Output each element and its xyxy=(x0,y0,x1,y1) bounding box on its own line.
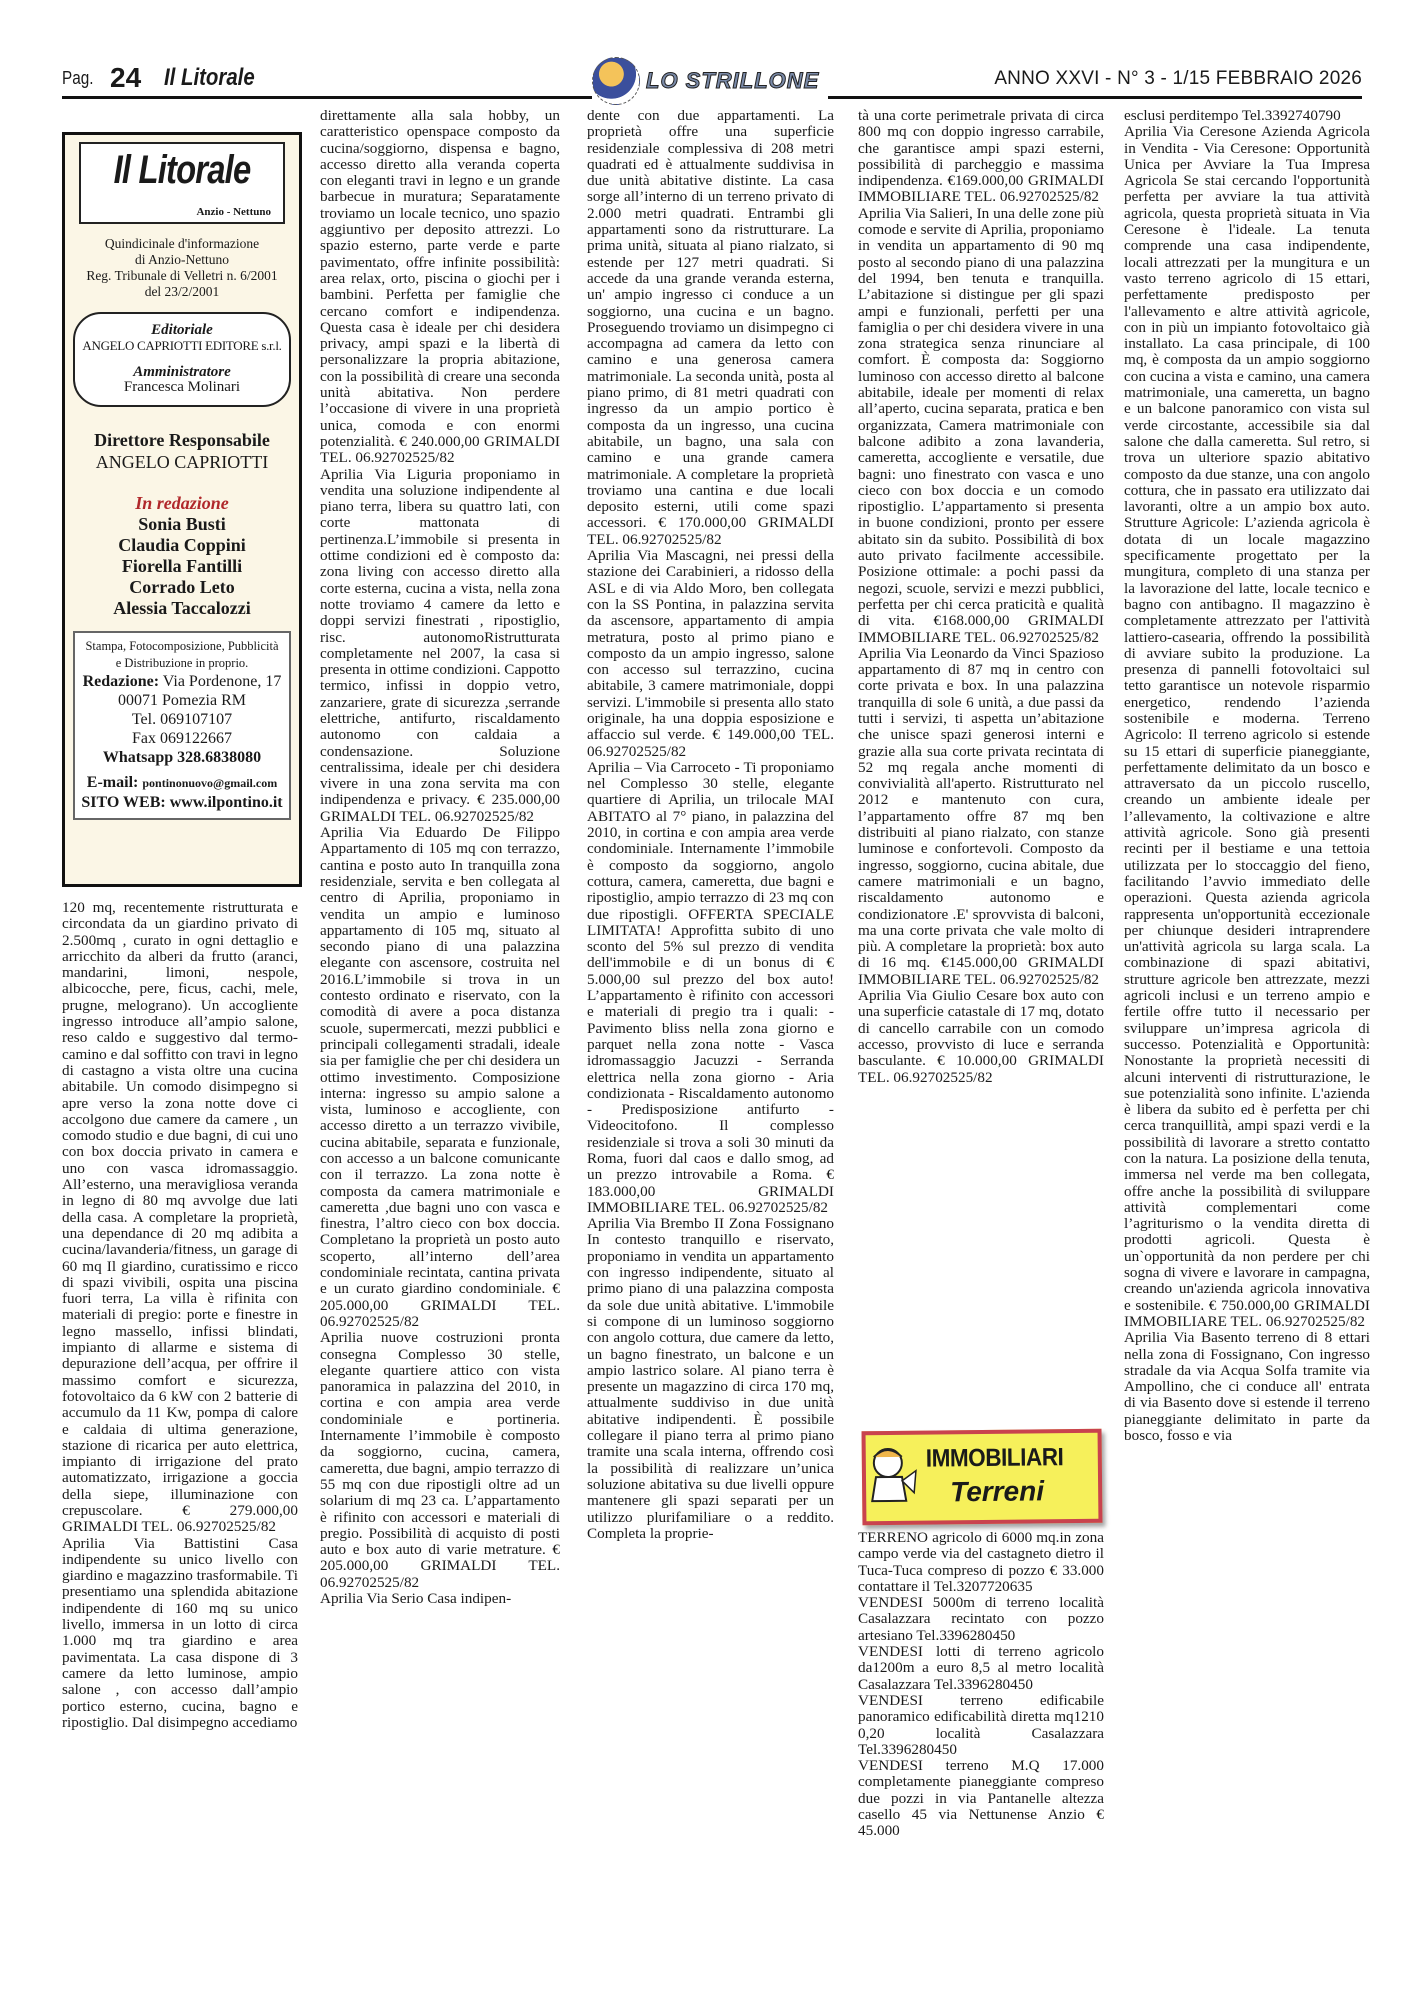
column-3: dente con due appartamenti. La proprietà… xyxy=(587,108,834,1542)
listing-text: esclusi perditempo Tel.3392740790 xyxy=(1124,108,1370,124)
editorial-name: ANGELO CAPRIOTTI EDITORE s.r.l. xyxy=(79,338,285,353)
director-block: Direttore Responsabile ANGELO CAPRIOTTI xyxy=(65,429,299,473)
masthead-subtitle: Anzio - Nettuno xyxy=(196,206,271,218)
column-4: tà una corte perimetrale privata di circ… xyxy=(858,108,1104,1086)
listing-text: Aprilia Via Basento terreno di 8 ettari … xyxy=(1124,1330,1370,1444)
listing-text: VENDESI terreno edificabile panoramico e… xyxy=(858,1693,1104,1758)
listing-text: Aprilia Via Brembo II Zona Fossignano In… xyxy=(587,1216,834,1542)
page-label: Pag. xyxy=(62,68,93,89)
editorial-box: Editoriale ANGELO CAPRIOTTI EDITORE s.r.… xyxy=(73,312,291,407)
whatsapp-number: Whatsapp 328.6838080 xyxy=(77,748,287,767)
fax-number: Fax 069122667 xyxy=(77,729,287,748)
masthead-title: Il Litorale xyxy=(99,144,265,196)
listing-text: Aprilia Via Serio Casa indipen- xyxy=(320,1591,560,1607)
logo-text: LO STRILLONE xyxy=(646,68,819,94)
page-header: Pag. 24 Il Litorale LO STRILLONE ANNO XX… xyxy=(62,64,1362,100)
listing-text: Aprilia Via Eduardo De Filippo Appartame… xyxy=(320,825,560,1330)
listing-text: Aprilia Via Salieri, In una delle zone p… xyxy=(858,206,1104,646)
listing-text: Aprilia Via Battistini Casa indipendente… xyxy=(62,1536,298,1732)
listing-text: VENDESI terreno M.Q 17.000 completamente… xyxy=(858,1758,1104,1839)
column-2: direttamente alla sala hobby, un caratte… xyxy=(320,108,560,1607)
banner-title: IMMOBILIARI xyxy=(926,1443,1064,1473)
issue-info: ANNO XXVI - N° 3 - 1/15 FEBBRAIO 2026 xyxy=(994,68,1362,90)
listing-text: Aprilia Via Mascagni, nei pressi della s… xyxy=(587,548,834,760)
masthead-info: Quindicinale d'informazione di Anzio-Net… xyxy=(65,236,299,300)
listing-text: dente con due appartamenti. La proprietà… xyxy=(587,108,834,548)
listing-text: direttamente alla sala hobby, un caratte… xyxy=(320,108,560,467)
listing-text: VENDESI 5000m di terreno località Casala… xyxy=(858,1595,1104,1644)
lo-strillone-logo: LO STRILLONE xyxy=(592,58,828,104)
page-number: 24 xyxy=(110,62,141,94)
immobiliari-terreni-banner: IMMOBILIARI Terreni xyxy=(862,1429,1103,1526)
listing-text: VENDESI lotti di terreno agricolo da1200… xyxy=(858,1644,1104,1693)
staff-block: In redazione Sonia Busti Claudia Coppini… xyxy=(65,493,299,619)
masthead-logo: Il Litorale Anzio - Nettuno xyxy=(79,142,285,224)
listing-text: TERRENO agricolo di 6000 mq.in zona camp… xyxy=(858,1530,1104,1595)
listing-text: Aprilia Via Ceresone Azienda Agricola in… xyxy=(1124,124,1370,1330)
website-link[interactable]: www.ilpontino.it xyxy=(170,794,283,811)
banner-subtitle: Terreni xyxy=(950,1475,1044,1508)
masthead-box: Il Litorale Anzio - Nettuno Quindicinale… xyxy=(62,132,302,887)
column-5: esclusi perditempo Tel.3392740790 Aprili… xyxy=(1124,108,1370,1444)
editorial-label: Editoriale xyxy=(79,323,285,338)
listing-text: Aprilia Via Liguria proponiamo in vendit… xyxy=(320,467,560,826)
listing-text: Aprilia Via Leonardo da Vinci Spazioso a… xyxy=(858,646,1104,988)
phone-number: Tel. 069107107 xyxy=(77,710,287,729)
listing-text: Aprilia nuove costruzioni pronta consegn… xyxy=(320,1330,560,1591)
column-1: 120 mq, recentemente ristrutturata e cir… xyxy=(62,900,298,1731)
header-paper-name: Il Litorale xyxy=(164,64,255,92)
column-4-terreni: TERRENO agricolo di 6000 mq.in zona camp… xyxy=(858,1530,1104,1840)
newsboy-mascot-icon xyxy=(592,57,640,105)
admin-label: Amministratore xyxy=(79,365,285,380)
listing-text: tà una corte perimetrale privata di circ… xyxy=(858,108,1104,206)
newsboy-mascot-icon xyxy=(862,1441,919,1512)
contact-box: Stampa, Fotocomposizione, Pubblicità e D… xyxy=(73,631,291,820)
listing-text: 120 mq, recentemente ristrutturata e cir… xyxy=(62,900,298,1536)
admin-name: Francesca Molinari xyxy=(79,380,285,395)
email-link[interactable]: pontinonuovo@gmail.com xyxy=(142,776,277,790)
listing-text: Aprilia – Via Carroceto - Ti proponiamo … xyxy=(587,760,834,1216)
listing-text: Aprilia Via Giulio Cesare box auto con u… xyxy=(858,988,1104,1086)
